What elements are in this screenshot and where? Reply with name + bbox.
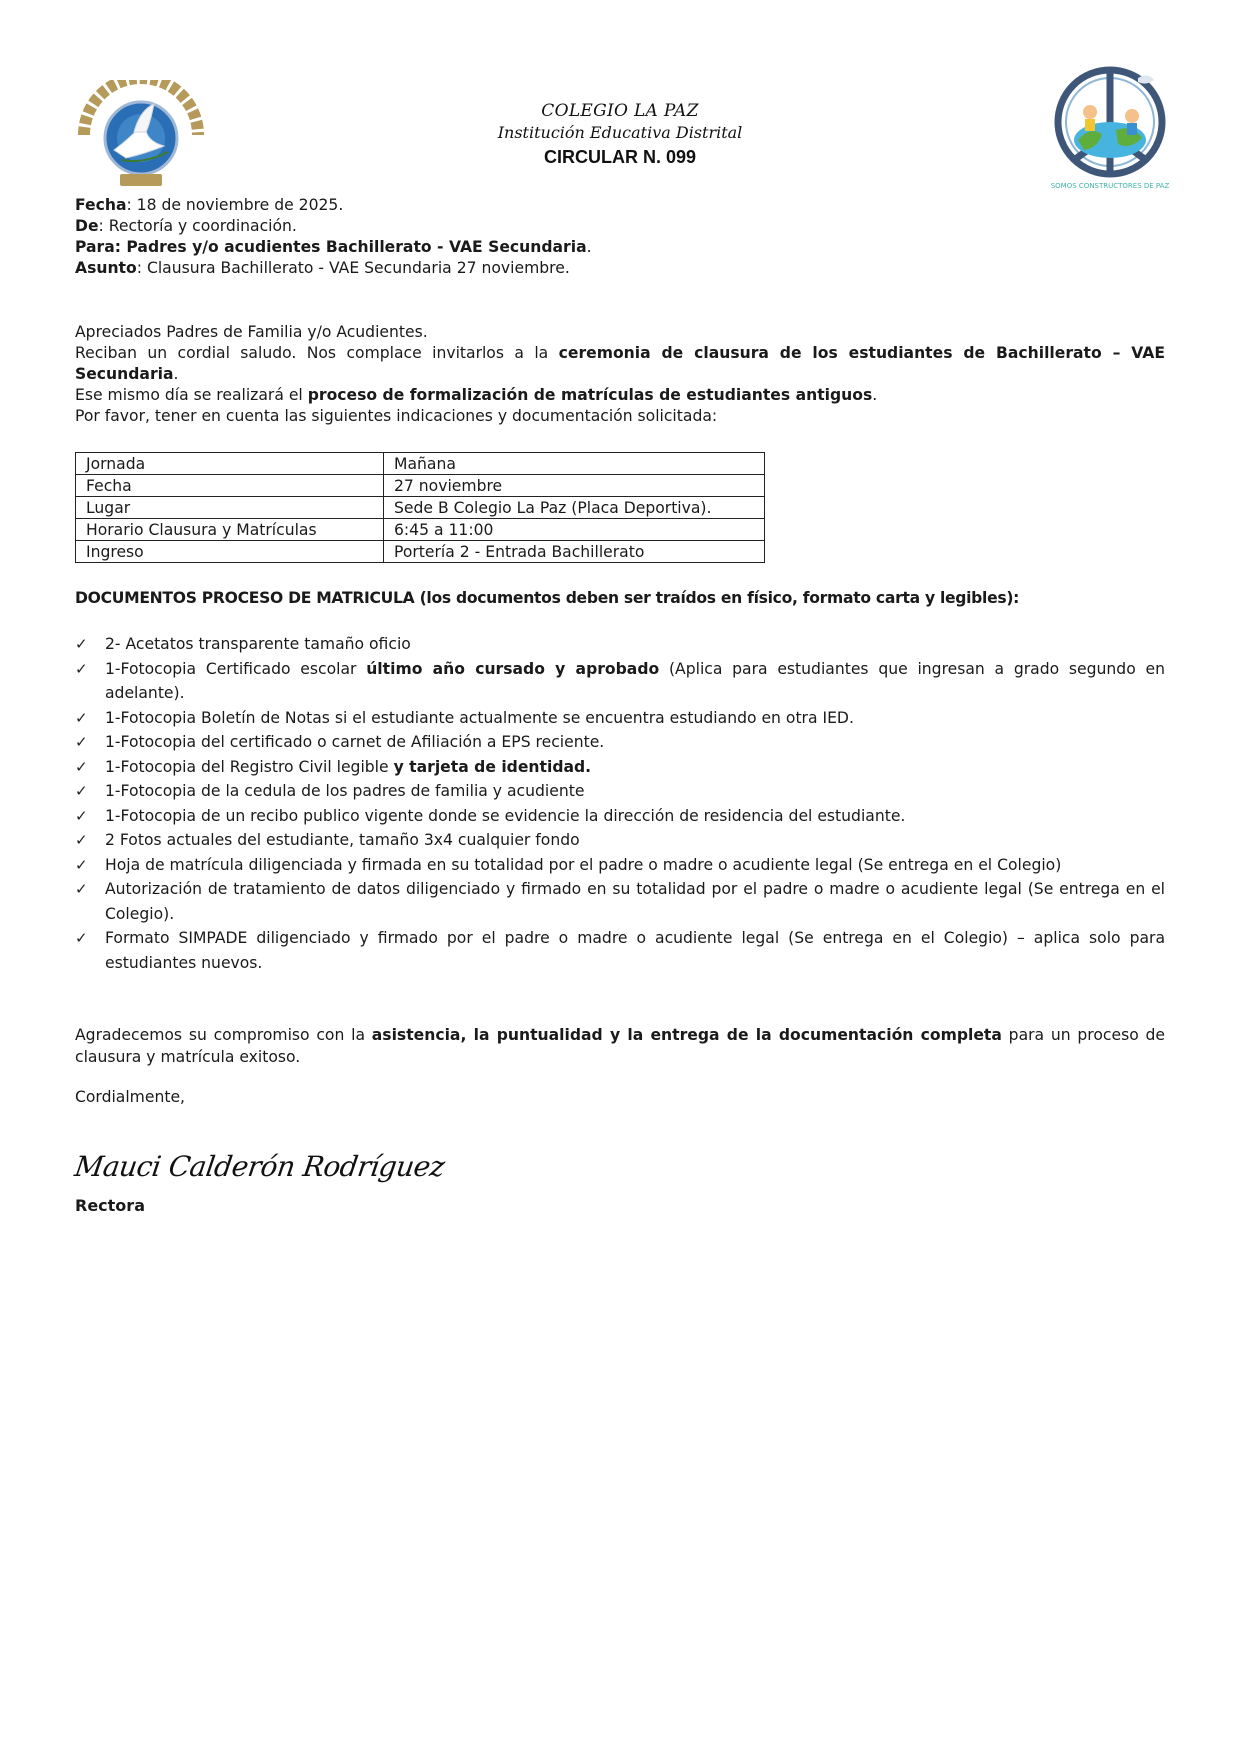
circular-page: SOMOS CONSTRUCTORES DE PAZ COLEGIO LA PA… <box>0 0 1241 1755</box>
signature: Mauci Calderón Rodríguez <box>73 1150 447 1183</box>
svg-text:SOMOS CONSTRUCTORES DE PAZ: SOMOS CONSTRUCTORES DE PAZ <box>1051 182 1170 190</box>
list-item: ✓Autorización de tratamiento de datos di… <box>75 877 1165 926</box>
letter-body: Apreciados Padres de Familia y/o Acudien… <box>75 322 1165 427</box>
paragraph-enrollment: Ese mismo día se realizará el proceso de… <box>75 385 1165 406</box>
signer-role: Rectora <box>75 1196 145 1215</box>
closing-paragraph: Agradecemos su compromiso con la asisten… <box>75 1024 1165 1068</box>
documents-title: DOCUMENTOS PROCESO DE MATRICULA (los doc… <box>75 589 1019 607</box>
circular-meta: Fecha: 18 de noviembre de 2025. De: Rect… <box>75 195 592 279</box>
list-item: ✓1-Fotocopia Boletín de Notas si el estu… <box>75 706 1165 731</box>
list-item: ✓2- Acetatos transparente tamaño oficio <box>75 632 1165 657</box>
table-value: 27 noviembre <box>384 475 765 497</box>
school-crest-dove-icon <box>74 80 208 190</box>
table-value: Mañana <box>384 453 765 475</box>
list-item: ✓1-Fotocopia Certificado escolar último … <box>75 657 1165 706</box>
checkmark-icon: ✓ <box>75 926 88 951</box>
list-item: ✓1-Fotocopia de la cedula de los padres … <box>75 779 1165 804</box>
valediction: Cordialmente, <box>75 1088 185 1106</box>
peace-sign-earth-icon: SOMOS CONSTRUCTORES DE PAZ <box>1050 64 1172 192</box>
event-info-table: JornadaMañanaFecha27 noviembreLugarSede … <box>75 452 765 563</box>
table-key: Fecha <box>76 475 384 497</box>
table-value: Sede B Colegio La Paz (Placa Deportiva). <box>384 497 765 519</box>
institution-type: Institución Educativa Distrital <box>400 122 840 144</box>
list-item: ✓Formato SIMPADE diligenciado y firmado … <box>75 926 1165 975</box>
checkmark-icon: ✓ <box>75 730 88 755</box>
paragraph-invitation: Reciban un cordial saludo. Nos complace … <box>75 343 1165 385</box>
checkmark-icon: ✓ <box>75 853 88 878</box>
table-value: 6:45 a 11:00 <box>384 519 765 541</box>
table-row: JornadaMañana <box>76 453 765 475</box>
meta-to: Para: Padres y/o acudientes Bachillerato… <box>75 237 592 258</box>
table-key: Jornada <box>76 453 384 475</box>
checkmark-icon: ✓ <box>75 632 88 657</box>
list-item: ✓1-Fotocopia del certificado o carnet de… <box>75 730 1165 755</box>
checkmark-icon: ✓ <box>75 877 88 902</box>
list-item: ✓1-Fotocopia del Registro Civil legible … <box>75 755 1165 780</box>
checkmark-icon: ✓ <box>75 657 88 682</box>
table-row: LugarSede B Colegio La Paz (Placa Deport… <box>76 497 765 519</box>
table-value: Portería 2 - Entrada Bachillerato <box>384 541 765 563</box>
checkmark-icon: ✓ <box>75 706 88 731</box>
table-key: Horario Clausura y Matrículas <box>76 519 384 541</box>
table-row: Fecha27 noviembre <box>76 475 765 497</box>
table-row: Horario Clausura y Matrículas6:45 a 11:0… <box>76 519 765 541</box>
table-key: Lugar <box>76 497 384 519</box>
table-key: Ingreso <box>76 541 384 563</box>
list-item: ✓Hoja de matrícula diligenciada y firmad… <box>75 853 1165 878</box>
list-item: ✓1-Fotocopia de un recibo publico vigent… <box>75 804 1165 829</box>
circular-number: CIRCULAR N. 099 <box>400 144 840 170</box>
list-item: ✓2 Fotos actuales del estudiante, tamaño… <box>75 828 1165 853</box>
checkmark-icon: ✓ <box>75 804 88 829</box>
paragraph-instructions: Por favor, tener en cuenta las siguiente… <box>75 406 1165 427</box>
checkmark-icon: ✓ <box>75 755 88 780</box>
meta-date: Fecha: 18 de noviembre de 2025. <box>75 195 592 216</box>
meta-subject: Asunto: Clausura Bachillerato - VAE Secu… <box>75 258 592 279</box>
meta-from: De: Rectoría y coordinación. <box>75 216 592 237</box>
school-name: COLEGIO LA PAZ <box>400 100 840 122</box>
table-row: IngresoPortería 2 - Entrada Bachillerato <box>76 541 765 563</box>
documents-checklist: ✓2- Acetatos transparente tamaño oficio✓… <box>75 632 1165 975</box>
letterhead: COLEGIO LA PAZ Institución Educativa Dis… <box>400 100 840 170</box>
checkmark-icon: ✓ <box>75 828 88 853</box>
checkmark-icon: ✓ <box>75 779 88 804</box>
greeting: Apreciados Padres de Familia y/o Acudien… <box>75 322 1165 343</box>
